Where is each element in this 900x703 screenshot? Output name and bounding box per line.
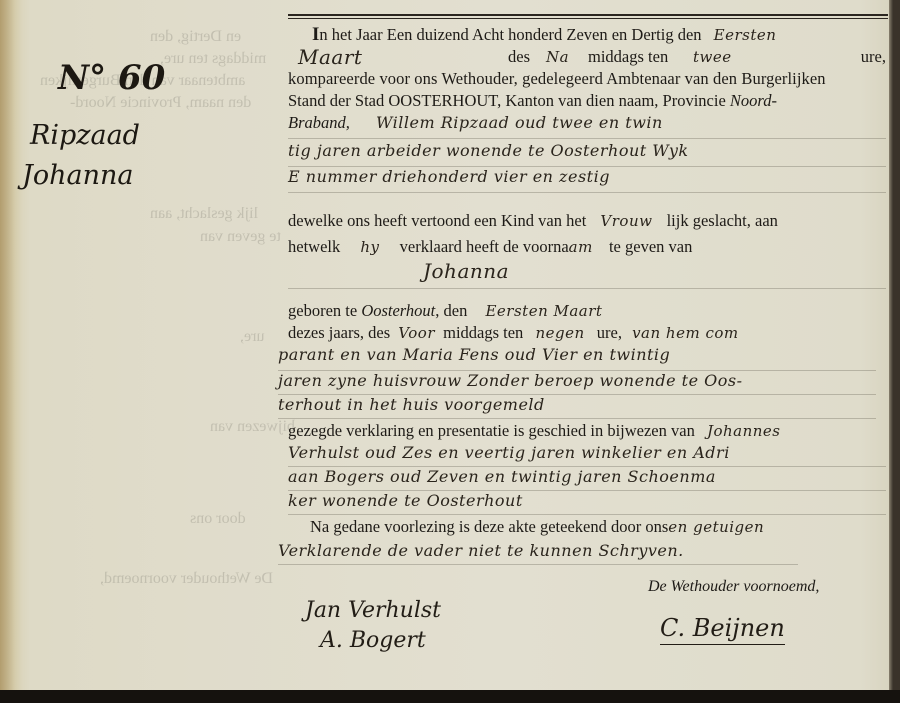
body-line-4: Stand der Stad OOSTERHOUT, Kanton van di… [288, 90, 886, 112]
page-stain [0, 0, 22, 690]
body-line-9: hetwelk hy verklaard heeft de voornaam t… [288, 236, 886, 258]
ghost-text: middags ten ure, [160, 50, 266, 68]
ghost-text: De Wethouder voornoemd, [100, 570, 273, 588]
margin-given-name: Johanna [22, 160, 133, 191]
body-line-3: kompareerde voor ons Wethouder, gedelege… [288, 68, 886, 90]
handwritten-day: Eersten [714, 26, 777, 44]
body-line-5: Braband, Willem Ripzaad oud twee en twin [288, 112, 886, 139]
body-line-20: Na gedane voorlezing is deze akte geteek… [310, 516, 893, 538]
child-name: Johanna [423, 259, 509, 283]
ghost-text: door ons [190, 510, 246, 528]
body-line-7: E nummer driehonderd vier en zestig [288, 166, 886, 193]
body-line-6: tig jaren arbeider wonende te Oosterhout… [288, 140, 886, 167]
body-line-15: terhout in het huis voorgemeld [278, 394, 876, 419]
body-line-13: parant en van Maria Fens oud Vier en twi… [278, 344, 876, 371]
body-line-1: In het Jaar Een duizend Acht honderd Zev… [312, 24, 872, 46]
body-line-21: Verklarende de vader niet te kunnen Schr… [278, 540, 798, 565]
record-number: N° 60 [58, 58, 165, 98]
top-rule [288, 14, 888, 16]
closing-title: De Wethouder voornoemd, [648, 578, 819, 596]
ghost-text: en Dertig, den [150, 28, 241, 46]
top-rule [288, 18, 888, 19]
body-line-17: Verhulst oud Zes en veertig jaren winkel… [288, 442, 886, 467]
ghost-text: bijwezen van [210, 418, 295, 436]
body-line-12: dezes jaars, des Voor middags ten negen … [288, 322, 886, 344]
signature-witness-1: Jan Verhulst [305, 598, 441, 623]
birth-date: Eersten Maart [485, 302, 602, 320]
handwritten-month: Maart [298, 46, 362, 68]
body-line-8: dewelke ons heeft vertoond een Kind van … [288, 210, 886, 232]
body-line-11: geboren te Oosterhout, den Eersten Maart [288, 300, 886, 322]
ghost-text: ure, [240, 328, 264, 346]
body-line-2: Maart des Na middags ten twee ure, [288, 46, 886, 68]
document-page: en Dertig, den middags ten ure, ambtenaa… [0, 0, 893, 690]
page-edge [893, 0, 900, 703]
page-edge [0, 690, 900, 703]
signature-official: C. Beijnen [660, 614, 785, 645]
body-line-14: jaren zyne huisvrouw Zonder beroep wonen… [278, 370, 876, 395]
signature-witness-2: A. Bogert [320, 628, 426, 653]
body-line-18: aan Bogers oud Zeven en twintig jaren Sc… [288, 466, 886, 491]
body-line-19: ker wonende te Oosterhout [288, 490, 886, 515]
body-line-10: Johanna [288, 260, 886, 289]
birth-hour: negen [535, 324, 584, 342]
margin-surname: Ripzaad [30, 120, 140, 151]
father-name: Willem Ripzaad oud twee en twin [376, 113, 663, 132]
body-line-16: gezegde verklaring en presentatie is ges… [288, 420, 886, 442]
ghost-text: te geven van [200, 228, 281, 246]
child-sex: Vrouw [600, 212, 652, 230]
ghost-text: lijk geslacht, aan [150, 205, 258, 223]
